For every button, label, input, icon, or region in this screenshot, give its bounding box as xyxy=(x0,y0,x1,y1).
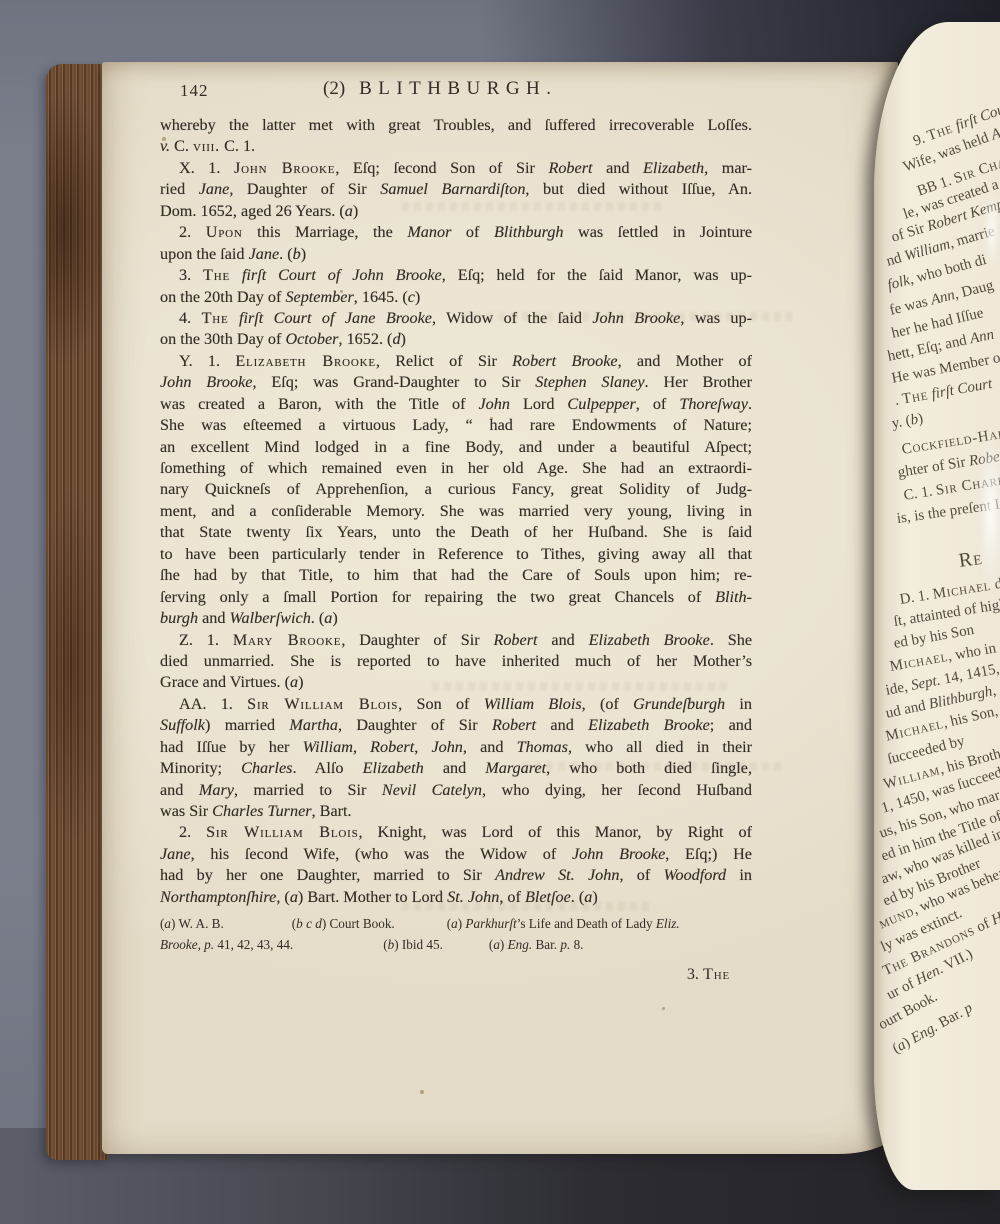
footnote-segment: (a) W. A. B. xyxy=(160,916,224,932)
text-line: She was eſteemed a virtuous Lady, “ had … xyxy=(160,416,752,437)
text-line: that State twenty ſix Years, unto the De… xyxy=(160,523,752,544)
text-line: ſerving only a ſmall Portion for repairi… xyxy=(160,588,752,609)
text-line: Dom. 1652, aged 26 Years. (a) xyxy=(160,202,752,223)
text-line: ſhe had by that Title, to him that had t… xyxy=(160,566,752,587)
photograph-of-open-book: 142 (2)BLITHBURGH. whereby the latter me… xyxy=(0,0,1000,1224)
printed-text-block: 142 (2)BLITHBURGH. whereby the latter me… xyxy=(160,78,752,984)
text-line: 4. The firſt Court of Jane Brooke, Widow… xyxy=(160,309,752,330)
footnote-segment: (b c d) Court Book. xyxy=(292,916,395,932)
text-line: ſomething of which remained even in her … xyxy=(160,459,752,480)
running-title-word: BLITHBURGH. xyxy=(359,78,557,99)
catchword: 3. The xyxy=(160,965,752,984)
text-line: and Mary, married to Sir Nevil Catelyn, … xyxy=(160,781,752,802)
text-line: an excellent Mind lodged in a fine Body,… xyxy=(160,438,752,459)
page-number: 142 xyxy=(180,81,209,101)
text-line: burgh and Walberſwich. (a) xyxy=(160,609,752,630)
paper-speck xyxy=(662,1007,665,1010)
footnote-segment: Brooke, p. 41, 42, 43, 44. xyxy=(160,937,293,953)
text-line: 2. Upon this Marriage, the Manor of Blit… xyxy=(160,223,752,244)
footnote-segment: (a) Parkhurſt’s Life and Death of Lady E… xyxy=(447,916,680,932)
running-title-section: (2) xyxy=(323,78,345,99)
footnotes: (a) W. A. B.(b c d) Court Book.(a) Parkh… xyxy=(160,916,752,958)
next-leaf-page-edge: 9. The firſt CourWife, was held ApriBB 1… xyxy=(874,22,1000,1190)
text-line: ried Jane, Daughter of Sir Samuel Barnar… xyxy=(160,180,752,201)
text-line: had by her one Daughter, married to Sir … xyxy=(160,866,752,887)
body-text: whereby the latter met with great Troubl… xyxy=(160,116,752,909)
page-header: 142 (2)BLITHBURGH. xyxy=(160,78,752,104)
footnote-segment: (a) Eng. Bar. p. 8. xyxy=(489,937,584,953)
text-line: whereby the latter met with great Troubl… xyxy=(160,116,752,137)
text-line: upon the ſaid Jane. (b) xyxy=(160,245,752,266)
text-line: Minority; Charles. Alſo Elizabeth and Ma… xyxy=(160,759,752,780)
text-line: X. 1. John Brooke, Eſq; ſecond Son of Si… xyxy=(160,159,752,180)
text-line: ment, and a conſiderable Memory. She was… xyxy=(160,502,752,523)
text-line: had Iſſue by her William, Robert, John, … xyxy=(160,738,752,759)
text-line: Jane, his ſecond Wife, (who was the Wido… xyxy=(160,845,752,866)
footnote-line: Brooke, p. 41, 42, 43, 44.(b) Ibid 45.(a… xyxy=(160,937,752,958)
text-line: Grace and Virtues. (a) xyxy=(160,673,752,694)
footnote-line: (a) W. A. B.(b c d) Court Book.(a) Parkh… xyxy=(160,916,752,937)
text-line: on the 30th Day of October, 1652. (d) xyxy=(160,330,752,351)
text-line: to have been particularly tender in Refe… xyxy=(160,545,752,566)
text-line: on the 20th Day of September, 1645. (c) xyxy=(160,288,752,309)
running-title: (2)BLITHBURGH. xyxy=(323,78,557,100)
text-line: nary Quickneſs of Apprehenſion, a curiou… xyxy=(160,480,752,501)
text-line: died unmarried. She is reported to have … xyxy=(160,652,752,673)
text-line: 3. The firſt Court of John Brooke, Eſq; … xyxy=(160,266,752,287)
glare-highlight xyxy=(984,190,1000,270)
text-line: Northamptonſhire, (a) Bart. Mother to Lo… xyxy=(160,888,752,909)
paper-speck xyxy=(420,1090,424,1094)
text-line: 2. Sir William Blois, Knight, was Lord o… xyxy=(160,823,752,844)
footnote-segment: (b) Ibid 45. xyxy=(383,937,443,953)
book-spine-leather xyxy=(46,64,108,1160)
text-line: Suffolk) married Martha, Daughter of Sir… xyxy=(160,716,752,737)
next-leaf-text-fragment: y. (b) xyxy=(891,411,925,433)
glare-highlight xyxy=(978,432,1000,592)
text-line: was Sir Charles Turner, Bart. xyxy=(160,802,752,823)
text-line: Z. 1. Mary Brooke, Daughter of Sir Rober… xyxy=(160,631,752,652)
text-line: Y. 1. Elizabeth Brooke, Relict of Sir Ro… xyxy=(160,352,752,373)
text-line: John Brooke, Eſq; was Grand-Daughter to … xyxy=(160,373,752,394)
text-line: v. C. viii. C. 1. xyxy=(160,137,752,158)
text-line: AA. 1. Sir William Blois, Son of William… xyxy=(160,695,752,716)
text-line: was created a Baron, with the Title of J… xyxy=(160,395,752,416)
